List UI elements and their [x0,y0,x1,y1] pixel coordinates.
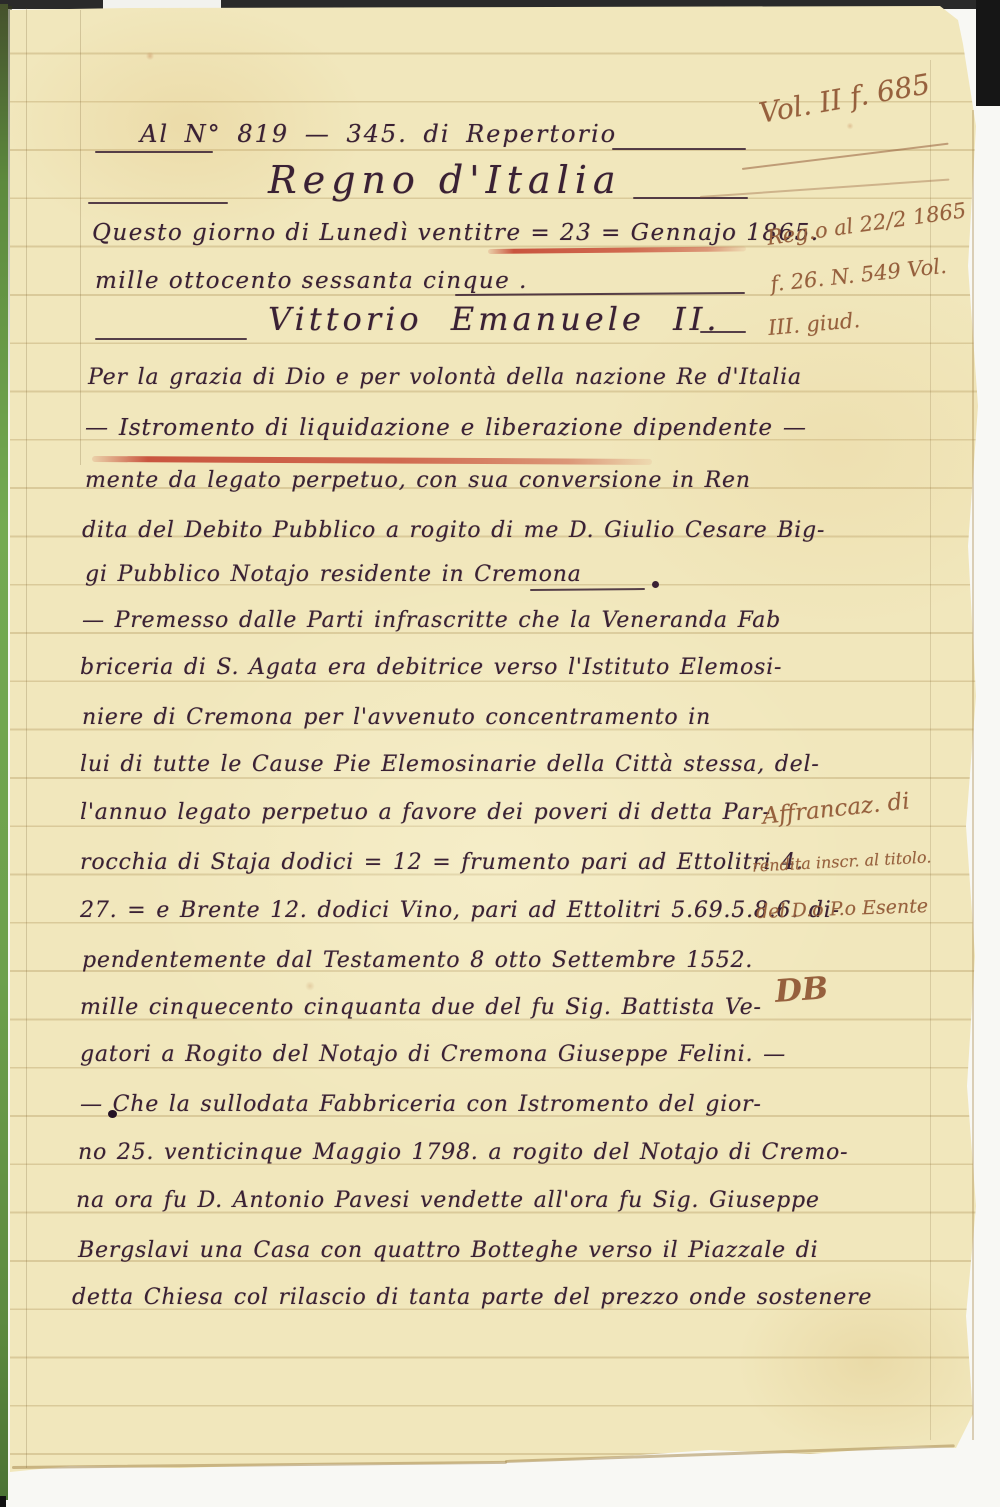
fold-line [26,8,27,1468]
body-line: mille cinquecento cinquanta due del fu S… [80,995,762,1020]
body-line: no 25. venticinque Maggio 1798. a rogito… [78,1140,848,1165]
body-line: Bergslavi una Casa con quattro Botteghe … [78,1238,818,1263]
body-line: detta Chiesa col rilascio di tanta parte… [72,1285,872,1310]
ink-rule [95,151,213,153]
ink-rule [95,338,247,340]
ink-rule [88,202,228,204]
scanner-bottom-mark [0,1496,6,1507]
body-line: — Che la sullodata Fabbriceria con Istro… [80,1092,762,1117]
body-line: niere di Cremona per l'avvenuto concentr… [82,705,711,730]
scanner-corner-shadow [976,0,1000,106]
body-line: — Istromento di liquidazione e liberazio… [85,415,807,441]
paper-right-edge [972,110,974,1440]
body-line: briceria di S. Agata era debitrice verso… [80,655,782,680]
scanner-top-edge-gap [103,0,221,9]
binding-edge-green [0,4,8,1500]
body-line: gi Pubblico Notajo residente in Cremona [85,562,582,587]
body-line: l'annuo legato perpetuo a favore dei pov… [80,800,771,825]
body-line: Per la grazia di Dio e per volontà della… [88,365,802,390]
fold-line [80,10,81,465]
body-line: 27. = e Brente 12. dodici Vino, pari ad … [80,898,840,923]
body-line: na ora fu D. Antonio Pavesi vendette all… [76,1188,820,1213]
ink-rule [633,197,748,199]
body-line: dita del Debito Pubblico a rogito di me … [82,518,825,543]
manuscript-scan: Al N° 819 — 345. di Repertorio Regno d'I… [0,0,1000,1507]
date-words-line: mille ottocento sessanta cinque . [95,268,528,294]
repertorio-number-line: Al N° 819 — 345. di Repertorio [140,120,617,148]
body-line: gatori a Rogito del Notajo di Cremona Gi… [80,1042,786,1067]
ink-dot [652,581,659,588]
date-line: Questo giorno di Lunedì ventitre = 23 = … [92,220,820,246]
king-heading: Vittorio Emanuele II. [268,300,720,338]
body-line: mente da legato perpetuo, con sua conver… [85,468,751,493]
ink-rule [612,148,746,150]
body-line: — Premesso dalle Parti infrascritte che … [82,608,781,633]
body-line: lui di tutte le Cause Pie Elemosinarie d… [80,752,820,777]
ink-rule [700,331,746,333]
body-line: rocchia di Staja dodici = 12 = frumento … [80,850,804,875]
regno-d-italia-heading: Regno d'Italia [268,158,622,202]
body-line: pendentemente dal Testamento 8 otto Sett… [82,948,753,973]
margin-paraph: DB [774,970,829,1010]
